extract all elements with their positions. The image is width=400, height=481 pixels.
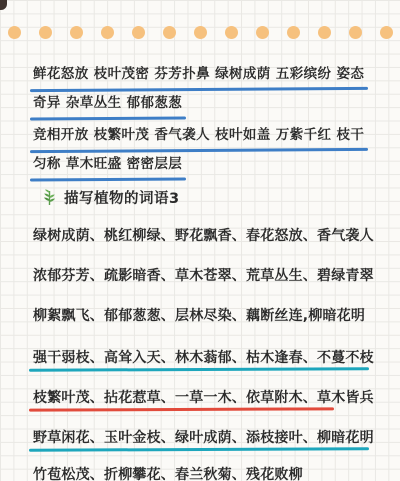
word-line-text: 野草闲花、玉叶金枝、绿叶成荫、添枝接叶、柳暗花明	[33, 430, 374, 446]
highlight-line: 匀称 草木旺盛 密密层层	[33, 150, 364, 179]
highlight-line: 竞相开放 枝繁叶茂 香气袭人 枝叶如盖 万紫千红 枝干	[33, 121, 364, 150]
word-line: 强干弱枝、高耸入天、林木蓊郁、枯木逢春、不蔓不枝	[33, 347, 378, 367]
dot	[318, 26, 331, 39]
underlined-text: 匀称 草木旺盛 密密层层	[33, 150, 182, 179]
underlined-text: 鲜花怒放 枝叶茂密 芬芳扑鼻 绿树成荫 五彩缤纷 姿态	[33, 60, 364, 89]
highlight-block-1: 鲜花怒放 枝叶茂密 芬芳扑鼻 绿树成荫 五彩缤纷 姿态 奇异 杂草丛生 郁郁葱葱	[33, 60, 364, 118]
word-line-text: 枝繁叶茂、拈花惹草、一草一木、依草附木、草木皆兵	[33, 390, 374, 406]
dot	[380, 26, 393, 39]
dot	[194, 26, 207, 39]
dot	[256, 26, 269, 39]
word-line-text: 柳絮飘飞、郁郁葱葱、层林尽染、藕断丝连,柳暗花明	[33, 308, 365, 324]
word-line-text: 绿树成荫、桃红柳绿、野花飘香、春花怒放、香气袭人	[33, 228, 374, 244]
dot	[101, 26, 114, 39]
dot	[39, 26, 52, 39]
teal-underline	[29, 447, 369, 451]
word-line-text: 强干弱枝、高耸入天、林木蓊郁、枯木逢春、不蔓不枝	[33, 350, 374, 366]
dot	[70, 26, 83, 39]
red-underline	[29, 407, 334, 411]
dot	[132, 26, 145, 39]
dots-row	[8, 26, 396, 39]
teal-underline	[29, 367, 369, 371]
word-line: 绿树成荫、桃红柳绿、野花飘香、春花怒放、香气袭人	[33, 225, 378, 245]
highlight-line: 奇异 杂草丛生 郁郁葱葱	[33, 89, 364, 118]
underlined-text: 竞相开放 枝繁叶茂 香气袭人 枝叶如盖 万紫千红 枝干	[33, 121, 364, 150]
word-line: 野草闲花、玉叶金枝、绿叶成荫、添枝接叶、柳暗花明	[33, 427, 378, 447]
word-line-text: 浓郁芬芳、疏影暗香、草木苍翠、荒草丛生、碧绿青翠	[33, 268, 374, 284]
dot	[8, 26, 21, 39]
underlined-text: 奇异 杂草丛生 郁郁葱葱	[33, 89, 182, 118]
section-title-text: 描写植物的词语3	[64, 187, 180, 208]
word-line: 枝繁叶茂、拈花惹草、一草一木、依草附木、草木皆兵	[33, 387, 378, 407]
word-line: 竹苞松茂、折柳攀花、春兰秋菊、残花败柳	[33, 464, 378, 481]
herb-sprig-icon	[42, 189, 57, 206]
word-line: 浓郁芬芳、疏影暗香、草木苍翠、荒草丛生、碧绿青翠	[33, 265, 378, 285]
highlight-block-2: 竞相开放 枝繁叶茂 香气袭人 枝叶如盖 万紫千红 枝干 匀称 草木旺盛 密密层层	[33, 121, 364, 179]
word-line-text: 竹苞松茂、折柳攀花、春兰秋菊、残花败柳	[33, 467, 303, 481]
note-page: { "page_type": "vocabulary-note", "color…	[0, 0, 400, 481]
dot	[225, 26, 238, 39]
dot	[287, 26, 300, 39]
page-corner-mark	[0, 0, 7, 10]
word-line: 柳絮飘飞、郁郁葱葱、层林尽染、藕断丝连,柳暗花明	[33, 305, 378, 325]
highlight-line: 鲜花怒放 枝叶茂密 芬芳扑鼻 绿树成荫 五彩缤纷 姿态	[33, 60, 364, 89]
section-title: 描写植物的词语3	[42, 187, 180, 208]
dot	[163, 26, 176, 39]
dot	[349, 26, 362, 39]
